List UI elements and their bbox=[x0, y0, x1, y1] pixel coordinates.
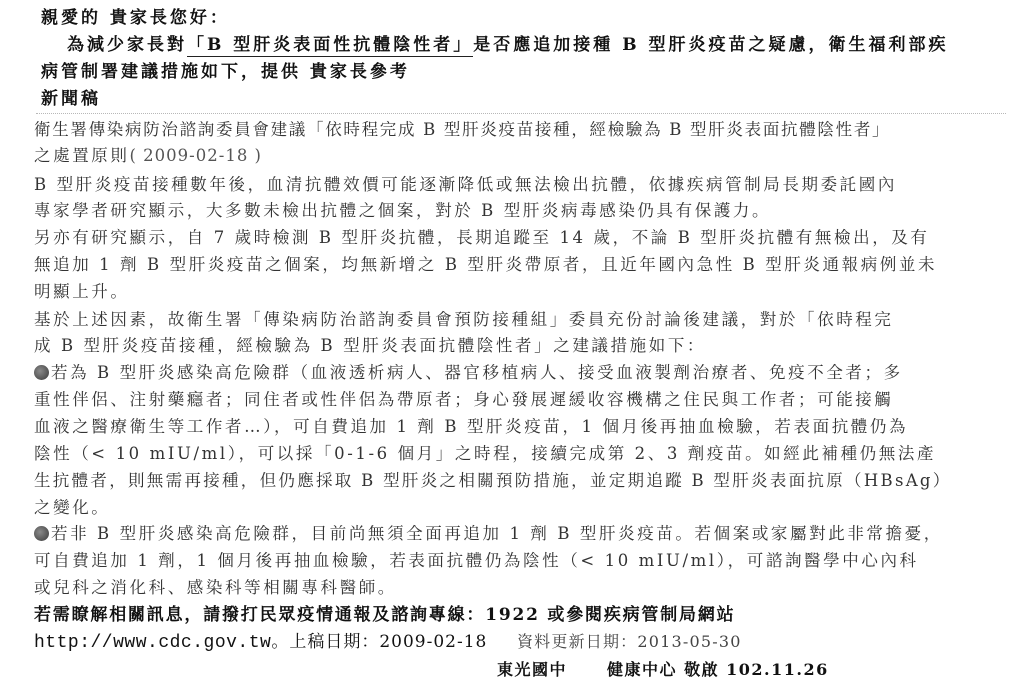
intro-line-1: 為減少家長對「B 型肝炎表面性抗體陰性者」是否應追加接種 B 型肝炎疫苗之疑慮，… bbox=[67, 34, 949, 56]
press-line-6: 無追加 1 劑 B 型肝炎疫苗之個案，均無新增之 B 型肝炎帶原者，且近年國內急… bbox=[34, 254, 937, 276]
press-line-7: 明顯上升。 bbox=[34, 281, 130, 303]
posted-date: 。上稿日期：2009-02-18 bbox=[271, 632, 487, 652]
bullet1-line-6: 之變化。 bbox=[34, 497, 110, 519]
scanned-document: 親愛的 貴家長您好： 為減少家長對「B 型肝炎表面性抗體陰性者」是否應追加接種 … bbox=[0, 0, 1024, 698]
bullet1-line-5: 生抗體者，則無需再接種，但仍應採取 B 型肝炎之相關預防措施，並定期追蹤 B 型… bbox=[34, 470, 952, 492]
cdc-url-link[interactable]: http://www.cdc.gov.tw bbox=[34, 633, 271, 653]
section-title: 新聞稿 bbox=[41, 88, 101, 110]
signature-line: 東光國中健康中心 敬啟 102.11.26 bbox=[497, 659, 829, 681]
bullet2-line-1: 若非 B 型肝炎感染高危險群，目前尚無須全面再追加 1 劑 B 型肝炎疫苗。若個… bbox=[34, 523, 943, 545]
press-line-1: 衛生署傳染病防治諮詢委員會建議「依時程完成 B 型肝炎疫苗接種，經檢驗為 B 型… bbox=[34, 119, 890, 141]
hotline-line: 若需瞭解相關訊息，請撥打民眾疫情通報及諮詢專線：1922 或參閱疾病管制局網站 bbox=[34, 604, 735, 626]
press-line-9: 成 B 型肝炎疫苗接種，經檢驗為 B 型肝炎表面抗體陰性者」之建議措施如下： bbox=[34, 335, 706, 357]
bullet2-text-1: 若非 B 型肝炎感染高危險群，目前尚無須全面再追加 1 劑 B 型肝炎疫苗。若個… bbox=[51, 524, 943, 543]
bullet-icon bbox=[34, 365, 49, 380]
press-line-2: 之處置原則( 2009-02-18 ) bbox=[34, 145, 262, 167]
bullet-icon bbox=[34, 526, 49, 541]
updated-date: 資料更新日期：2013-05-30 bbox=[517, 632, 742, 651]
intro-suffix: 是否應追加接種 B 型肝炎疫苗之疑慮，衛生福利部疾 bbox=[473, 35, 948, 55]
intro-highlight: 「B 型肝炎表面性抗體陰性者」 bbox=[187, 35, 473, 57]
bullet1-line-4: 陰性（< 10 mIU/ml），可以採「0-1-6 個月」之時程，接續完成第 2… bbox=[34, 443, 936, 465]
intro-prefix: 為減少家長對 bbox=[67, 35, 187, 55]
press-date: ( 2009-02-18 ) bbox=[130, 146, 263, 165]
bullet2-line-2: 可自費追加 1 劑，1 個月後再抽血檢驗，若表面抗體仍為陰性（< 10 mIU/… bbox=[34, 550, 919, 572]
bullet1-line-3: 血液之醫療衛生等工作者…），可自費追加 1 劑 B 型肝炎疫苗，1 個月後再抽血… bbox=[34, 416, 908, 438]
bullet1-line-1: 若為 B 型肝炎感染高危險群（血液透析病人、器官移植病人、接受血液製劑治療者、免… bbox=[34, 362, 903, 384]
department-signature: 健康中心 敬啟 102.11.26 bbox=[607, 660, 829, 679]
press-line-3: B 型肝炎疫苗接種數年後，血清抗體效價可能逐漸降低或無法檢出抗體，依據疾病管制局… bbox=[34, 174, 897, 196]
press-line-5: 另亦有研究顯示，自 7 歲時檢測 B 型肝炎抗體，長期追蹤至 14 歲，不論 B… bbox=[34, 227, 930, 249]
school-name: 東光國中 bbox=[497, 660, 567, 679]
source-line: http://www.cdc.gov.tw。上稿日期：2009-02-18 資料… bbox=[34, 631, 742, 654]
intro-line-2: 病管制署建議措施如下，提供 貴家長參考 bbox=[41, 61, 410, 83]
dotted-separator bbox=[36, 113, 1006, 114]
press-line-2-text: 之處置原則 bbox=[34, 146, 130, 165]
bullet1-text-1: 若為 B 型肝炎感染高危險群（血液透析病人、器官移植病人、接受血液製劑治療者、免… bbox=[51, 363, 903, 382]
greeting: 親愛的 貴家長您好： bbox=[41, 7, 230, 29]
press-line-4: 專家學者研究顯示，大多數未檢出抗體之個案，對於 B 型肝炎病毒感染仍具有保護力。 bbox=[34, 200, 771, 222]
press-line-8: 基於上述因素，故衛生署「傳染病防治諮詢委員會預防接種組」委員充份討論後建議，對於… bbox=[34, 309, 894, 331]
bullet1-line-2: 重性伴侶、注射藥癮者；同住者或性伴侶為帶原者；身心發展遲緩收容機構之住民與工作者… bbox=[34, 389, 894, 411]
bullet2-line-3: 或兒科之消化科、感染科等相關專科醫師。 bbox=[34, 577, 397, 599]
